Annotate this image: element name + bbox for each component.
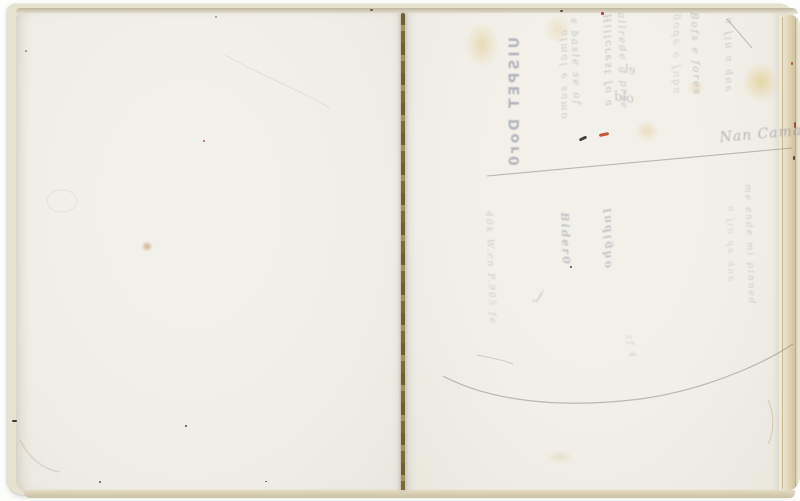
yellow-stain <box>635 120 659 142</box>
edge-speck <box>794 122 796 128</box>
offset-handwriting-column: Indigho <box>601 208 614 270</box>
page-stack-fore-edge <box>779 15 800 491</box>
paper-speck <box>203 140 205 142</box>
offset-handwriting-column: a fin a que <box>723 18 734 94</box>
paper-speck <box>560 10 563 12</box>
scan-background: UISPET Dor0 almal e samo s basle se of H… <box>0 0 800 501</box>
binding-gutter-seam <box>401 13 405 492</box>
paper-speck <box>601 12 604 15</box>
offset-handwriting-word: old <box>613 89 635 107</box>
yellow-stain <box>545 14 571 44</box>
edge-speck <box>791 62 793 65</box>
yellow-stain <box>465 22 499 68</box>
paper-speck <box>25 50 27 52</box>
paper-speck <box>265 481 267 482</box>
paper-speck <box>99 481 101 483</box>
paper-speck <box>215 16 217 18</box>
paper-speck <box>12 420 17 422</box>
yellow-stain <box>687 80 705 96</box>
paper-speck <box>570 266 572 268</box>
offset-handwriting-column: Bider0 <box>558 212 573 266</box>
yellow-stain <box>742 62 780 102</box>
offset-handwriting-column: gode e fuba <box>671 14 682 96</box>
book-bottom-edge <box>23 490 795 498</box>
brown-spot <box>141 241 153 252</box>
sketchbook: UISPET Dor0 almal e samo s basle se of H… <box>7 4 793 495</box>
paper-speck <box>185 425 187 427</box>
offset-handwriting-column: a fio de que <box>726 206 736 284</box>
faint-stain <box>547 450 573 464</box>
edge-speck <box>793 156 795 160</box>
paper-speck <box>370 9 373 11</box>
offset-handwriting-column: Hillcrest fo a <box>603 14 614 108</box>
offset-handwriting-stamp: UISPET Dor0 <box>507 37 523 169</box>
left-blank-page <box>16 13 402 492</box>
